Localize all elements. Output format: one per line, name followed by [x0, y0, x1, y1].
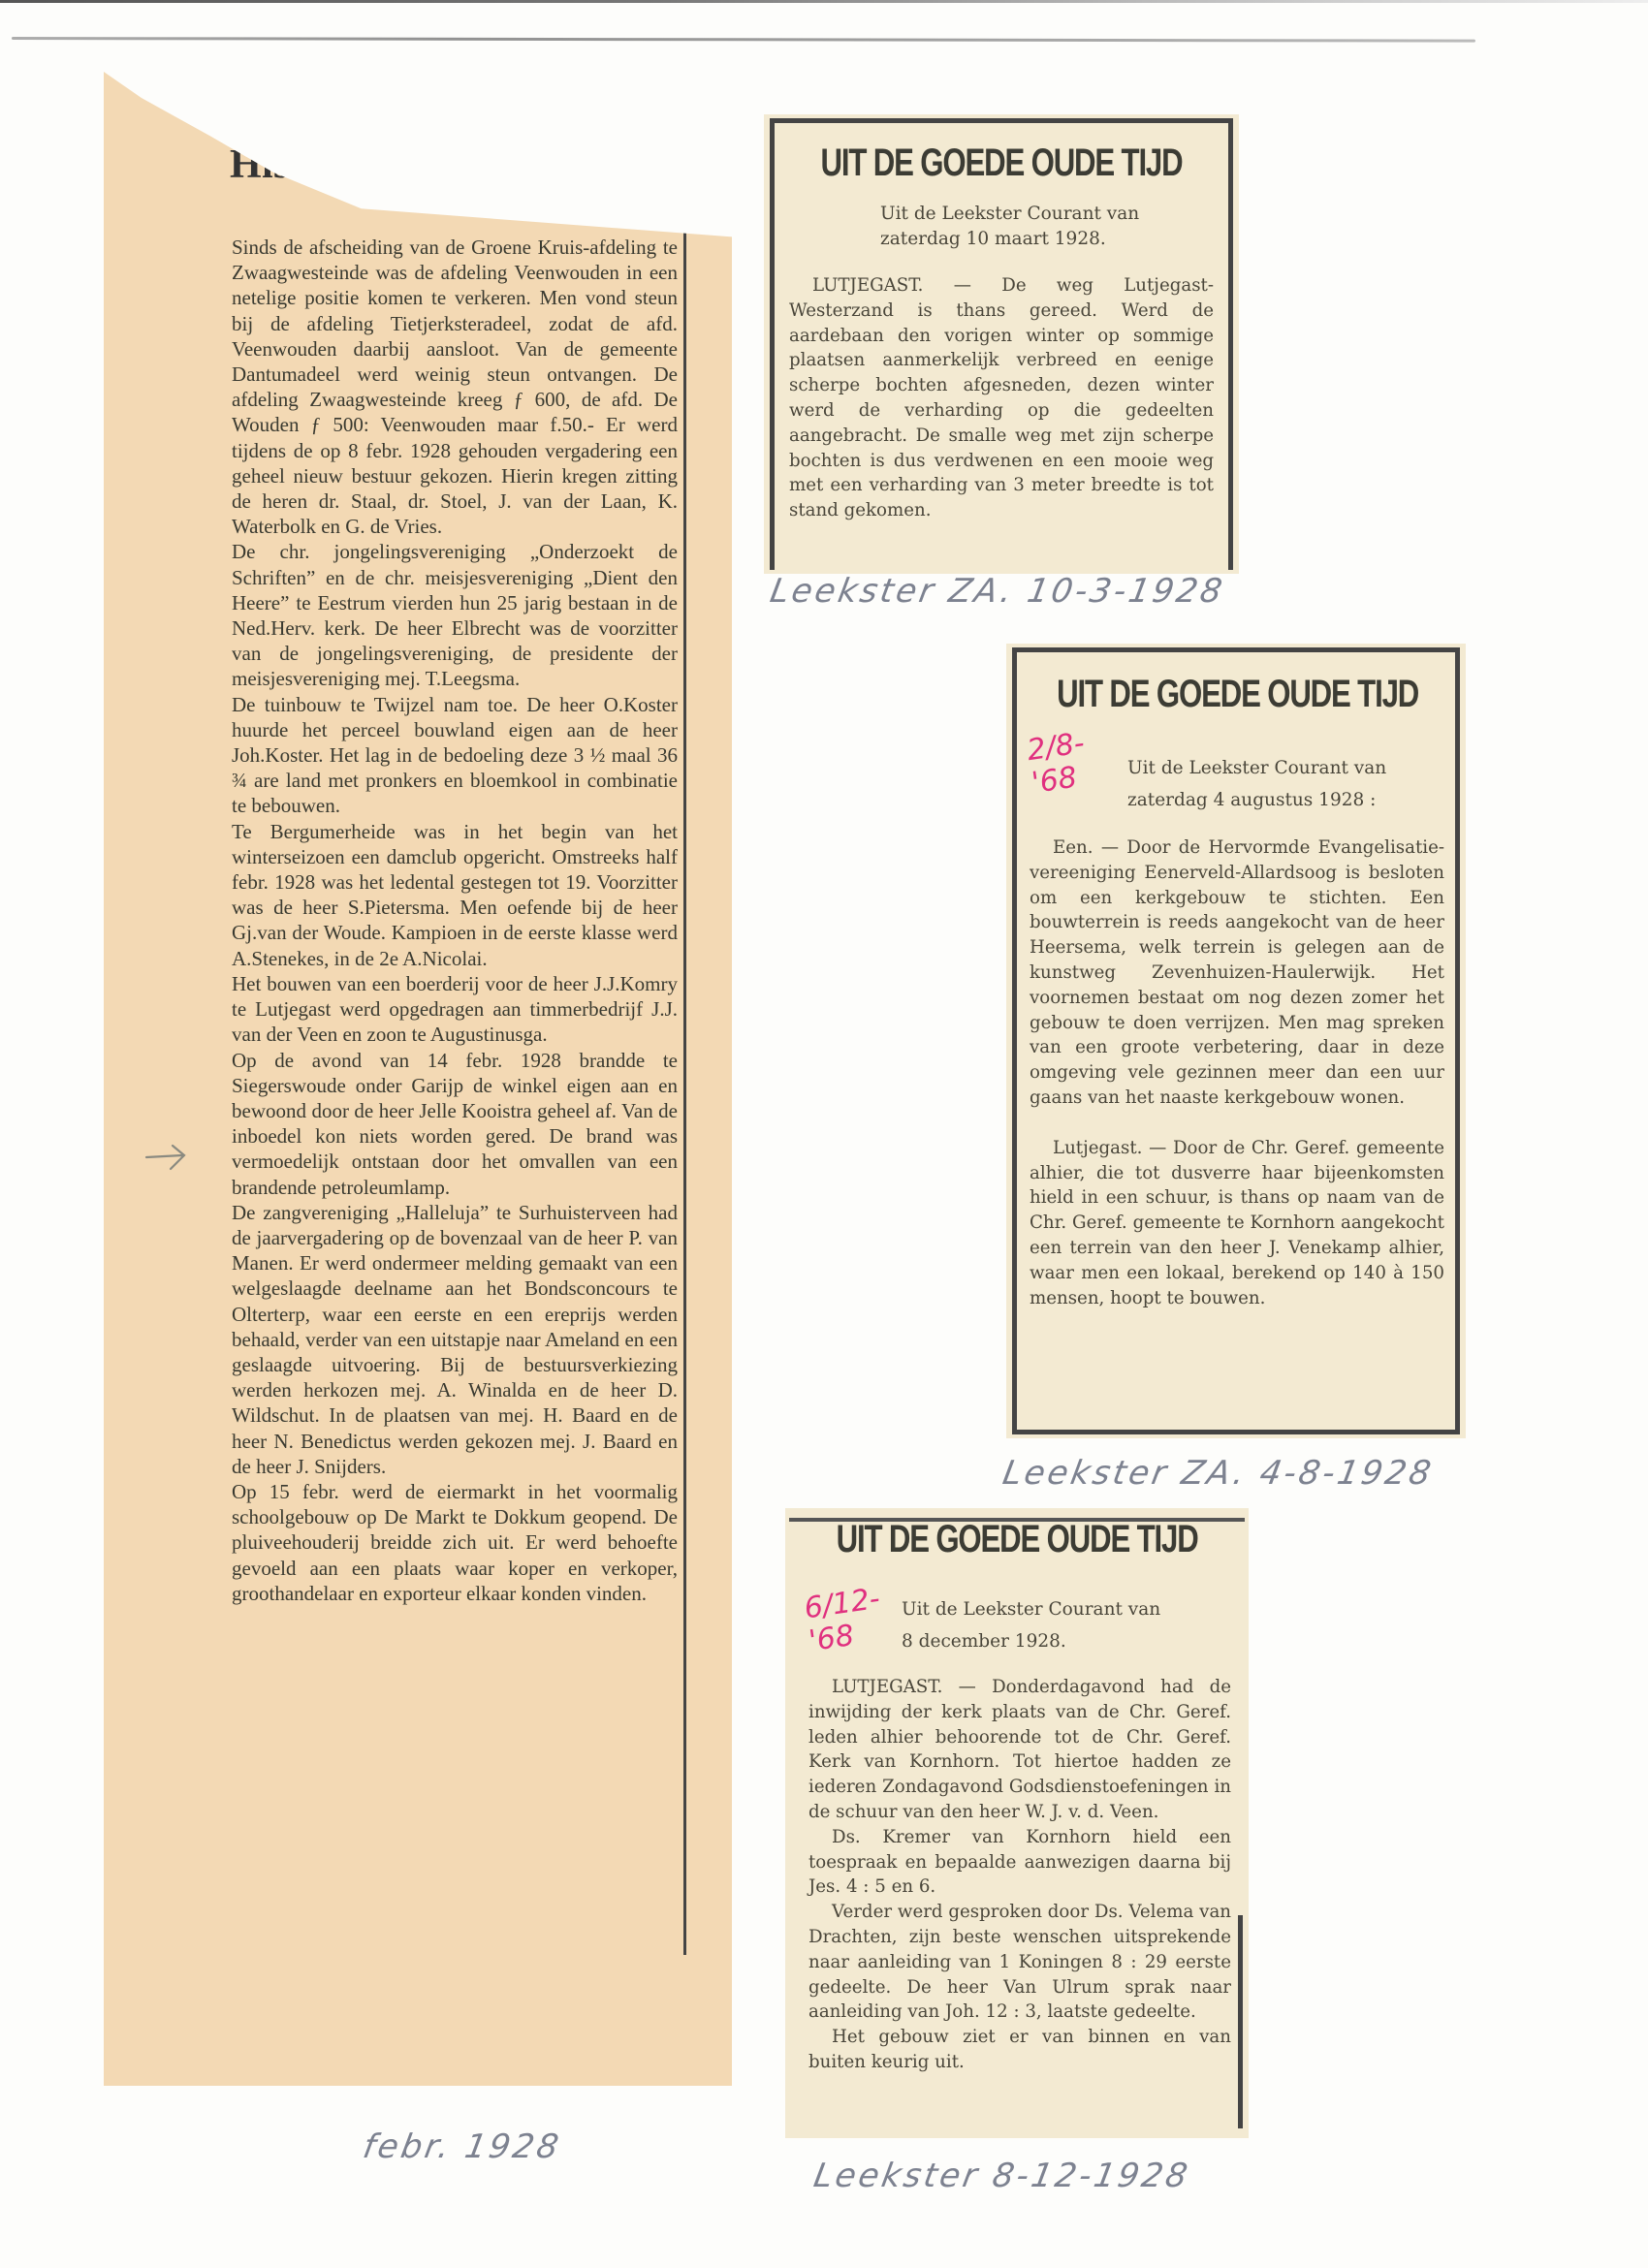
clipping-title: Historisch allerlei [230, 142, 685, 188]
clipping-body: Sinds de afscheiding van de Groene Kruis… [232, 235, 678, 1606]
paragraph: Ds. Kremer van Kornhorn hield een toespr… [808, 1825, 1231, 1900]
paragraph: De tuinbouw te Twijzel nam toe. De heer … [232, 692, 678, 819]
source-line-2: 8 december 1928. [902, 1625, 1231, 1657]
paragraph: Het bouwen van een boerderij voor de hee… [232, 971, 678, 1048]
source-line-1: Uit de Leekster Courant van [880, 202, 1210, 227]
clipping-body: LUTJEGAST. — De weg Lutjegast-Westerzand… [789, 273, 1214, 523]
handwritten-date-note: Leekster ZA. 10-3-1928 [767, 572, 1227, 611]
source-line-1: Uit de Leekster Courant van [1127, 752, 1447, 784]
paragraph: De zangvereniging „Halleluja” te Surhuis… [232, 1200, 678, 1479]
scan-edge [0, 0, 1648, 3]
paragraph: Lutjegast. — Door de Chr. Geref. gemeent… [1030, 1136, 1444, 1311]
paragraph: Sinds de afscheiding van de Groene Kruis… [232, 235, 678, 539]
clipping-uit-de-goede-oude-tijd-3: UIT DE GOEDE OUDE TIJD 6/12- '68 Uit de … [785, 1508, 1249, 2138]
paragraph: Op 15 febr. werd de eiermarkt in het voo… [232, 1479, 678, 1606]
clipping-top-rule [238, 112, 685, 116]
clipping-uit-de-goede-oude-tijd-2: UIT DE GOEDE OUDE TIJD 2/8- '68 Uit de L… [1006, 644, 1466, 1438]
clipping-title: UIT DE GOEDE OUDE TIJD [837, 1518, 1198, 1561]
clipping-body: Een. — Door de Hervormde Evangelisatie-v… [1030, 835, 1444, 1310]
paragraph: Verder werd gesproken door Ds. Velema va… [808, 1900, 1231, 2025]
clipping-side-rule [1238, 1915, 1243, 2128]
arrow-icon [143, 1142, 192, 1175]
source-line-2: zaterdag 10 maart 1928. [880, 227, 1210, 252]
paragraph: De chr. jongelingsvereniging „Onderzoekt… [232, 539, 678, 691]
page-top-rule [12, 37, 1475, 43]
clipping-column-rule [683, 123, 686, 1955]
handwritten-date-note: Leekster 8-12-1928 [810, 2157, 1192, 2195]
paragraph: LUTJEGAST. — De weg Lutjegast-Westerzand… [789, 273, 1214, 523]
source-line: Uit de Leekster Courant van zaterdag 4 a… [1127, 752, 1447, 816]
pink-handwritten-date: 2/8- '68 [1026, 727, 1092, 801]
clipping-title: UIT DE GOEDE OUDE TIJD [816, 142, 1187, 185]
handwritten-date-note: Leekster ZA. 4-8-1928 [999, 1454, 1436, 1493]
clipping-uit-de-goede-oude-tijd-1: UIT DE GOEDE OUDE TIJD Uit de Leekster C… [764, 114, 1239, 574]
source-line-1: Uit de Leekster Courant van [902, 1593, 1231, 1625]
pink-handwritten-date: 6/12- '68 [803, 1583, 887, 1658]
paragraph: LUTJEGAST. — Donderdagavond had de inwij… [808, 1675, 1231, 1825]
paragraph: Het gebouw ziet er van binnen en van bui… [808, 2025, 1231, 2075]
paragraph: Een. — Door de Hervormde Evangelisatie-v… [1030, 835, 1444, 1111]
clipping-title: UIT DE GOEDE OUDE TIJD [1057, 673, 1415, 716]
source-line: Uit de Leekster Courant van 8 december 1… [902, 1593, 1231, 1657]
clipping-historisch-allerlei: Historisch allerlei Sinds de afscheiding… [104, 72, 732, 2086]
paragraph: Op de avond van 14 febr. 1928 brandde te… [232, 1048, 678, 1200]
paragraph: Te Bergumerheide was in het begin van he… [232, 819, 678, 971]
handwritten-date-note: febr. 1928 [360, 2127, 564, 2166]
source-line-2: zaterdag 4 augustus 1928 : [1127, 784, 1447, 816]
source-line: Uit de Leekster Courant van zaterdag 10 … [880, 202, 1210, 252]
clipping-body: LUTJEGAST. — Donderdagavond had de inwij… [808, 1675, 1231, 2075]
